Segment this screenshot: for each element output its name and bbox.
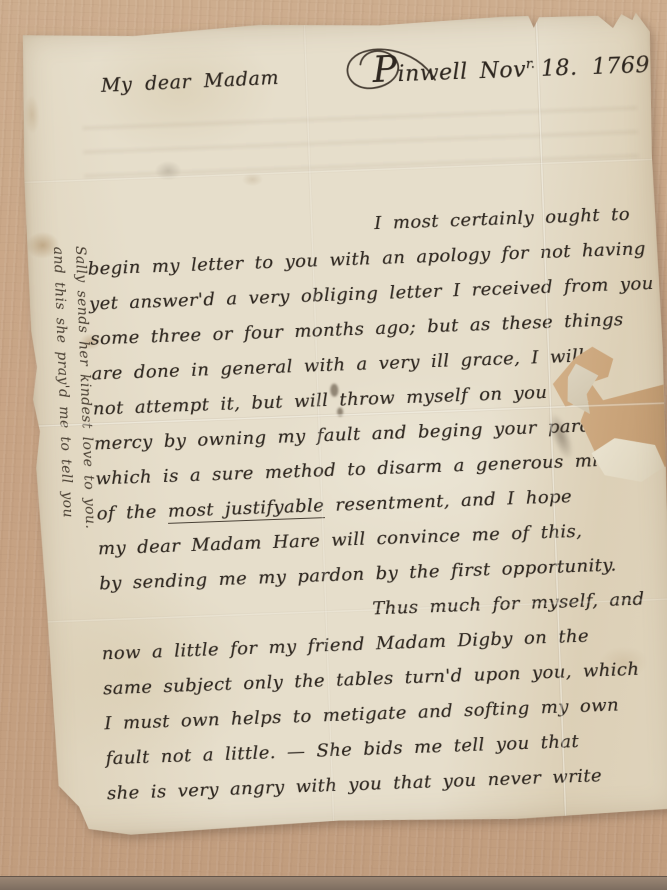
letter-line-text: of the	[96, 501, 168, 525]
dateline-place: Pinwell	[372, 47, 468, 91]
letter-paper: My dear Madam PinwellNovr.18. 1769. I mo…	[19, 10, 667, 839]
salutation: My dear Madam	[100, 67, 279, 97]
crease-mark	[330, 384, 338, 397]
desk-edge	[0, 876, 667, 890]
dateline-month: Nov	[479, 57, 526, 84]
dateline-superscript: r.	[526, 57, 535, 72]
ink-show-through	[82, 106, 639, 198]
stain	[238, 170, 267, 189]
letter-line-text: resentment, and I hope	[324, 486, 572, 516]
letter-body: I most certainly ought to begin my lette…	[86, 196, 667, 812]
underlined-phrase: most justifyable	[167, 495, 324, 524]
dateline: PinwellNovr.18. 1769.	[372, 40, 658, 91]
stain	[150, 157, 187, 184]
dateline-day-year: 18. 1769.	[540, 53, 657, 82]
letter-paper-wrap: My dear Madam PinwellNovr.18. 1769. I mo…	[19, 10, 667, 839]
fold-line-horizontal	[24, 158, 657, 184]
stain	[21, 88, 43, 141]
crease-mark	[337, 407, 343, 416]
